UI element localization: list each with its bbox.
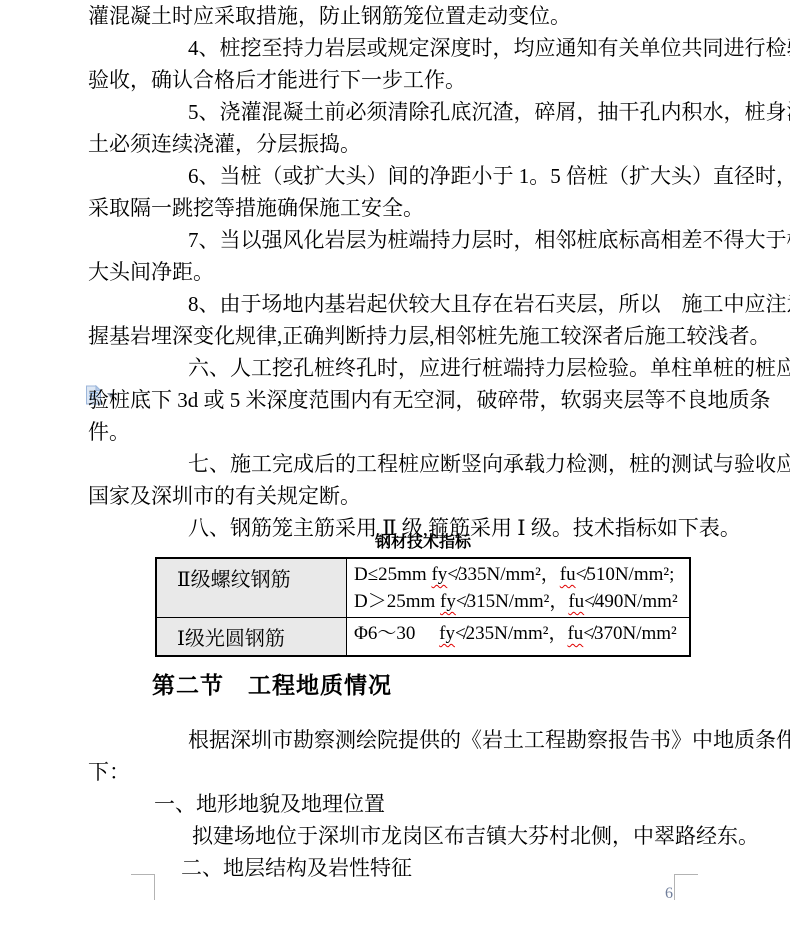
misspelled-term: fu	[567, 623, 583, 644]
body-line: 件。	[88, 416, 728, 448]
spec-text-part: ≮370N/mm²	[583, 623, 676, 644]
body-line: 六、人工挖孔桩终孔时，应进行桩端持力层检验。单柱单桩的桩应检	[88, 352, 728, 384]
margin-crop-mark-left-horizontal	[131, 874, 155, 875]
body-line: 7、当以强风化岩层为桩端持力层时，相邻桩底标高相差不得大于桩扩	[88, 224, 728, 256]
spec-text-part: ≮235N/mm²，	[455, 623, 567, 644]
misspelled-term: fy	[440, 591, 456, 612]
body-line: 8、由于场地内基岩起伏较大且存在岩石夹层，所以 施工中应注意掌	[88, 288, 728, 320]
table-row-spec: D≤25mm fy≮335N/mm²，fu≮510N/mm²; D＞25mm f…	[347, 559, 689, 617]
word-document-page: 灌混凝土时应采取措施，防止钢筋笼位置走动变位。 4、桩挖至持力岩层或规定深度时，…	[0, 0, 790, 939]
spec-text-part: D＞25mm	[354, 591, 440, 612]
table-row-label: Ⅰ级光圆钢筋	[157, 618, 347, 655]
section-heading: 第二节 工程地质情况	[152, 667, 392, 700]
page-number: 6	[665, 885, 673, 903]
body-line: 二、地层结构及岩性特征	[88, 852, 728, 884]
body-line: 国家及深圳市的有关规定断。	[88, 480, 728, 512]
margin-crop-mark-left-vertical	[154, 874, 155, 900]
table-row: Ⅱ级螺纹钢筋 D≤25mm fy≮335N/mm²，fu≮510N/mm²; D…	[157, 559, 689, 617]
body-line: 土必须连续浇灌，分层振捣。	[88, 128, 728, 160]
misspelled-term: fu	[560, 564, 576, 585]
body-line: 根据深圳市勘察测绘院提供的《岩土工程勘察报告书》中地质条件如	[88, 724, 728, 756]
table-row-label: Ⅱ级螺纹钢筋	[157, 559, 347, 617]
misspelled-term: fu	[568, 591, 584, 612]
body-line: 灌混凝土时应采取措施，防止钢筋笼位置走动变位。	[88, 0, 728, 32]
margin-crop-mark-right-horizontal	[674, 874, 698, 875]
body-line: 验收，确认合格后才能进行下一步工作。	[88, 64, 728, 96]
table-spec-line: D≤25mm fy≮335N/mm²，fu≮510N/mm²;	[354, 561, 685, 588]
spec-text-part: ≮510N/mm²;	[576, 564, 675, 585]
spec-text-part: ≮490N/mm²	[584, 591, 677, 612]
body-line: 一、地形地貌及地理位置	[88, 788, 728, 820]
spec-text-part: ≮315N/mm²，	[456, 591, 568, 612]
body-line: 验桩底下 3d 或 5 米深度范围内有无空洞，破碎带，软弱夹层等不良地质条	[88, 384, 728, 416]
body-line: 6、当桩（或扩大头）间的净距小于 1。5 倍桩（扩大头）直径时，应	[88, 160, 728, 192]
spec-text-part: ≮335N/mm²，	[447, 564, 559, 585]
body-line: 采取隔一跳挖等措施确保施工安全。	[88, 192, 728, 224]
steel-spec-table: Ⅱ级螺纹钢筋 D≤25mm fy≮335N/mm²，fu≮510N/mm²; D…	[155, 557, 691, 657]
body-text-block-bottom: 根据深圳市勘察测绘院提供的《岩土工程勘察报告书》中地质条件如 下： 一、地形地貌…	[88, 724, 728, 884]
body-text-block-top: 灌混凝土时应采取措施，防止钢筋笼位置走动变位。 4、桩挖至持力岩层或规定深度时，…	[88, 0, 728, 544]
body-line: 5、浇灌混凝土前必须清除孔底沉渣，碎屑，抽干孔内积水，桩身混凝	[88, 96, 728, 128]
body-line: 七、施工完成后的工程桩应断竖向承载力检测，桩的测试与验收应按	[88, 448, 728, 480]
table-spec-line: Φ6～30 fy≮235N/mm²，fu≮370N/mm²	[354, 620, 685, 647]
table-spec-line: D＞25mm fy≮315N/mm²，fu≮490N/mm²	[354, 588, 685, 615]
body-line: 大头间净距。	[88, 256, 728, 288]
body-line: 4、桩挖至持力岩层或规定深度时，均应通知有关单位共同进行检验，	[88, 32, 728, 64]
body-line: 拟建场地位于深圳市龙岗区布吉镇大芬村北侧，中翠路经东。	[88, 820, 728, 852]
body-line: 下：	[88, 756, 728, 788]
table-row-spec: Φ6～30 fy≮235N/mm²，fu≮370N/mm²	[347, 618, 689, 655]
spec-text-part: D≤25mm	[354, 564, 431, 585]
table-title: 钢材技术指标	[155, 531, 691, 555]
spec-text-part: Φ6～30	[354, 623, 439, 644]
table-row: Ⅰ级光圆钢筋 Φ6～30 fy≮235N/mm²，fu≮370N/mm²	[157, 617, 689, 655]
misspelled-term: fy	[439, 623, 455, 644]
margin-crop-mark-right-vertical	[674, 874, 675, 900]
misspelled-term: fy	[431, 564, 447, 585]
body-line: 握基岩埋深变化规律,正确判断持力层,相邻桩先施工较深者后施工较浅者。	[88, 320, 728, 352]
